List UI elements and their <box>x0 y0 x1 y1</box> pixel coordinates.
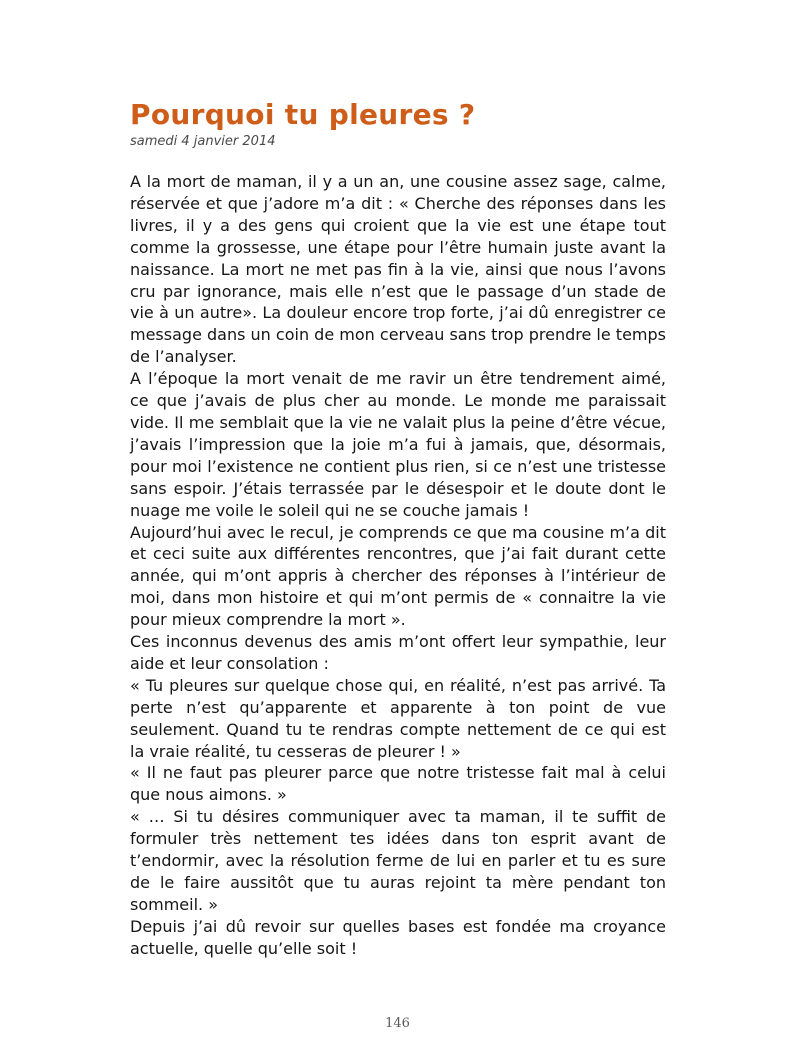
page-number: 146 <box>0 1016 795 1031</box>
body-paragraph: Ces inconnus devenus des amis m’ont offe… <box>130 631 666 675</box>
body-paragraph: « Tu pleures sur quelque chose qui, en r… <box>130 675 666 763</box>
body-paragraph: Aujourd’hui avec le recul, je comprends … <box>130 522 666 632</box>
body-paragraph: A la mort de maman, il y a un an, une co… <box>130 171 666 368</box>
body-paragraph: « Il ne faut pas pleurer parce que notre… <box>130 762 666 806</box>
page-title: Pourquoi tu pleures ? <box>130 99 666 131</box>
body-paragraph: Depuis j’ai dû revoir sur quelles bases … <box>130 916 666 960</box>
document-page: Pourquoi tu pleures ? samedi 4 janvier 2… <box>0 0 795 1063</box>
body-paragraph: « … Si tu désires communiquer avec ta ma… <box>130 806 666 916</box>
article: Pourquoi tu pleures ? samedi 4 janvier 2… <box>130 99 666 960</box>
body-paragraph: A l’époque la mort venait de me ravir un… <box>130 368 666 521</box>
post-date: samedi 4 janvier 2014 <box>130 134 666 150</box>
article-body: A la mort de maman, il y a un an, une co… <box>130 171 666 960</box>
